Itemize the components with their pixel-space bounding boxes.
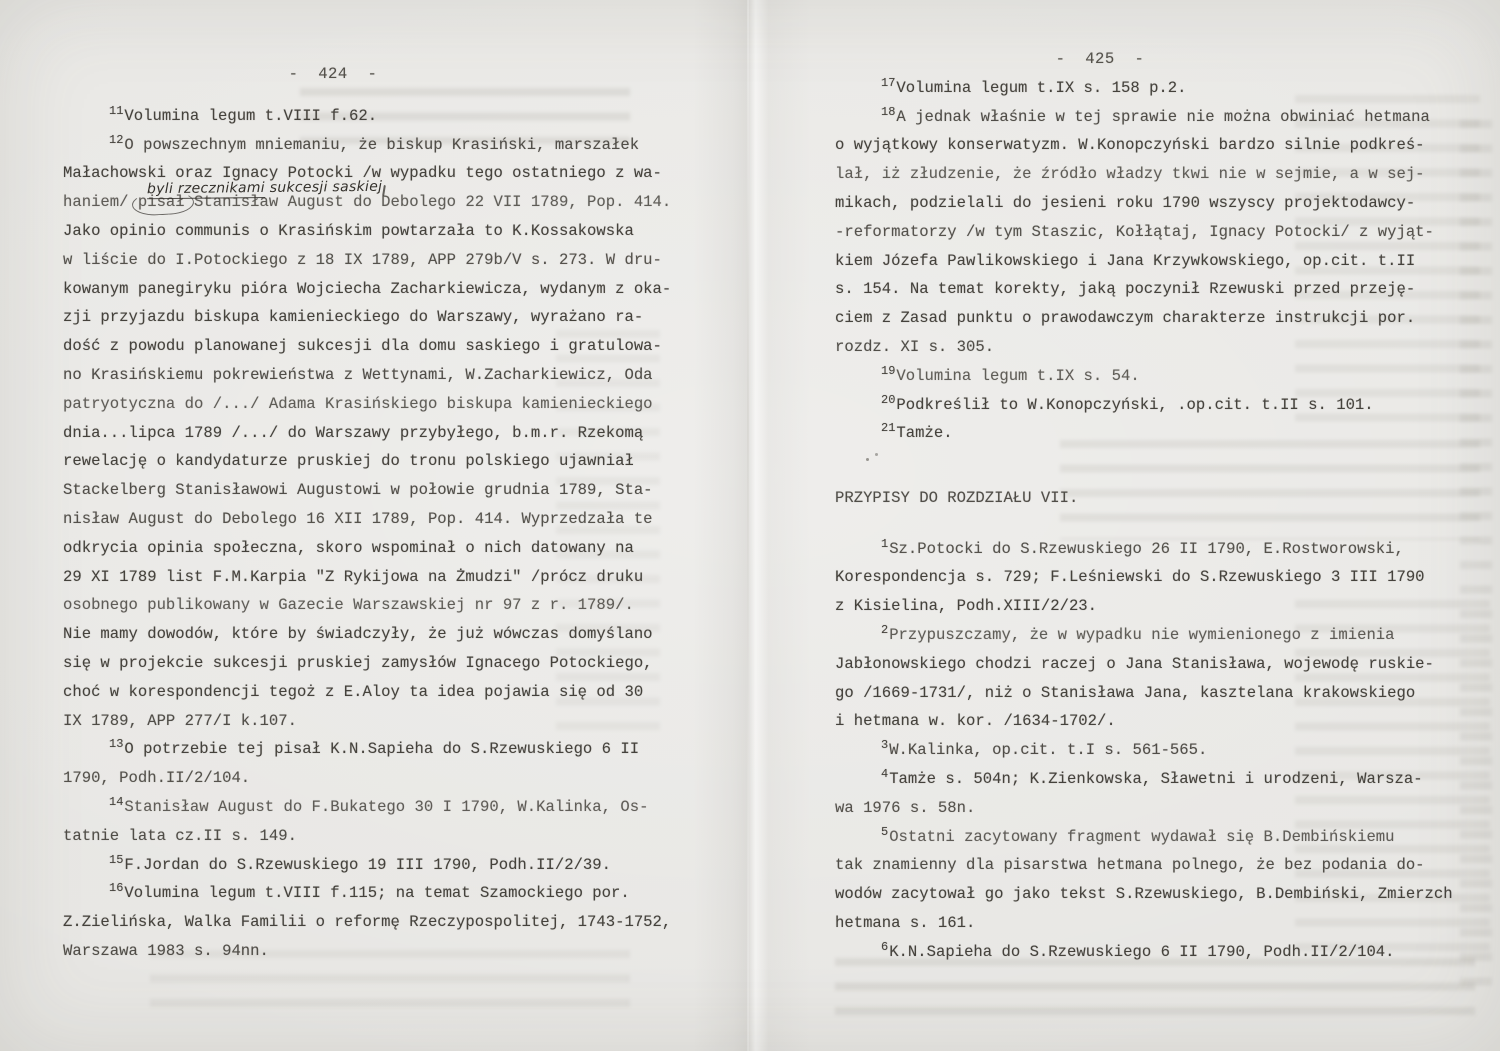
text-line: 3W.Kalinka, op.cit. t.I s. 561-565. xyxy=(835,736,1483,765)
section-heading: PRZYPISY DO ROZDZIAŁU VII. xyxy=(835,484,1483,513)
footnote-number: 14 xyxy=(109,788,123,817)
text-line: i hetmana w. kor. /1634-1702/. xyxy=(835,707,1483,736)
line-text: Podkreślił to W.Konopczyński, .op.cit. t… xyxy=(896,396,1373,414)
line-text: Volumina legum t.VIII f.62. xyxy=(124,107,377,125)
line-text: Z.Zielińska, Walka Familii o reformę Rze… xyxy=(63,913,671,931)
line-text: o wyjątkowy konserwatyzm. W.Konopczyński… xyxy=(835,136,1425,154)
text-line: dość z powodu planowanej sukcesji dla do… xyxy=(63,332,711,361)
line-text: choć w korespondencji tegoż z E.Aloy ta … xyxy=(63,683,643,701)
text-line: 14Stanisław August do F.Bukatego 30 I 17… xyxy=(63,793,711,822)
line-text: odkrycia opinia społeczna, skoro wspomin… xyxy=(63,539,634,557)
line-text: nisław August do Debolego 16 XII 1789, P… xyxy=(63,510,653,528)
text-line: 20Podkreślił to W.Konopczyński, .op.cit.… xyxy=(835,391,1483,420)
footnote-number: 12 xyxy=(109,126,123,155)
line-text: osobnego publikowany w Gazecie Warszawsk… xyxy=(63,596,634,614)
text-line: s. 154. Na temat korekty, jaką poczynił … xyxy=(835,275,1483,304)
text-line: się w projekcie sukcesji pruskiej zamysł… xyxy=(63,649,711,678)
line-text: z Kisielina, Podh.XIII/2/23. xyxy=(835,597,1097,615)
text-line: rozdz. XI s. 305. xyxy=(835,333,1483,362)
gutter-fold-line xyxy=(747,0,749,1051)
page-425: - 425 - 17Volumina legum t.IX s. 158 p.2… xyxy=(835,45,1483,967)
line-text: w liście do I.Potockiego z 18 IX 1789, A… xyxy=(63,251,662,269)
line-text: IX 1789, APP 277/I k.107. xyxy=(63,712,297,730)
text-line: zji przyjazdu biskupa kamienieckiego do … xyxy=(63,303,711,332)
line-text: lał, iż złudzenie, że źródło władzy tkwi… xyxy=(835,165,1425,183)
line-text: tak znamienny dla pisarstwa hetmana poln… xyxy=(835,856,1425,874)
line-text: Stackelberg Stanisławowi Augustowi w poł… xyxy=(63,481,653,499)
text-line: Z.Zielińska, Walka Familii o reformę Rze… xyxy=(63,908,711,937)
line-text: Stanisław August do F.Bukatego 30 I 1790… xyxy=(124,798,648,816)
footnote-number: 6 xyxy=(881,933,888,962)
line-text: O powszechnym mniemaniu, że biskup Krasi… xyxy=(124,136,639,154)
text-line: odkrycia opinia społeczna, skoro wspomin… xyxy=(63,534,711,563)
line-text: Volumina legum t.IX s. 158 p.2. xyxy=(896,79,1186,97)
text-line: kiem Józefa Pawlikowskiego i Jana Krzywk… xyxy=(835,247,1483,276)
footnote-number: 13 xyxy=(109,730,123,759)
text-line: 12O powszechnym mniemaniu, że biskup Kra… xyxy=(63,131,711,160)
text-line: ciem z Zasad punktu o prawodawczym chara… xyxy=(835,304,1483,333)
line-text: Przypuszczamy, że w wypadku nie wymienio… xyxy=(889,626,1394,644)
scanned-book-spread: - 424 - 11Volumina legum t.VIII f.62.12O… xyxy=(0,0,1500,1051)
line-text: wodów zacytował go jako tekst S.Rzewuski… xyxy=(835,885,1453,903)
line-text: K.N.Sapieha do S.Rzewuskiego 6 II 1790, … xyxy=(889,943,1394,961)
text-line: 19Volumina legum t.IX s. 54. xyxy=(835,362,1483,391)
line-text: zji przyjazdu biskupa kamienieckiego do … xyxy=(63,308,643,326)
line-text: Volumina legum t.IX s. 54. xyxy=(896,367,1139,385)
text-line: osobnego publikowany w Gazecie Warszawsk… xyxy=(63,591,711,620)
line-text: F.Jordan do S.Rzewuskiego 19 III 1790, P… xyxy=(124,856,611,874)
footnote-number: 15 xyxy=(109,846,123,875)
text-line: Nie mamy dowodów, które by świadczyły, ż… xyxy=(63,620,711,649)
text-line: 1Sz.Potocki do S.Rzewuskiego 26 II 1790,… xyxy=(835,535,1483,564)
text-line: 29 XI 1789 list F.M.Karpia "Z Rykijowa n… xyxy=(63,563,711,592)
footnote-number: 3 xyxy=(881,731,888,760)
footnote-number: 21 xyxy=(881,414,895,443)
text-line: kowanym panegiryku pióra Wojciecha Zacha… xyxy=(63,275,711,304)
text-line: Korespondencja s. 729; F.Leśniewski do S… xyxy=(835,563,1483,592)
text-line: 15F.Jordan do S.Rzewuskiego 19 III 1790,… xyxy=(63,851,711,880)
text-line: no Krasińskiemu pokrewieństwa z Wettynam… xyxy=(63,361,711,390)
page-number-left: - 424 - xyxy=(63,60,603,89)
bleed-through-mark xyxy=(835,958,1475,1028)
text-line: 4Tamże s. 504n; K.Zienkowska, Sławetni i… xyxy=(835,765,1483,794)
text-line: Warszawa 1983 s. 94nn. xyxy=(63,937,711,966)
line-text: wa 1976 s. 58n. xyxy=(835,799,975,817)
line-text: kiem Józefa Pawlikowskiego i Jana Krzywk… xyxy=(835,252,1415,270)
text-line: dnia...lipca 1789 /.../ do Warszawy przy… xyxy=(63,419,711,448)
line-text: kowanym panegiryku pióra Wojciecha Zacha… xyxy=(63,280,671,298)
line-text: rozdz. XI s. 305. xyxy=(835,338,994,356)
text-line: wa 1976 s. 58n. xyxy=(835,794,1483,823)
footnote-number: 16 xyxy=(109,874,123,903)
text-line: nisław August do Debolego 16 XII 1789, P… xyxy=(63,505,711,534)
text-line: 6K.N.Sapieha do S.Rzewuskiego 6 II 1790,… xyxy=(835,938,1483,967)
line-text: mikach, podzielali do jesieni roku 1790 … xyxy=(835,194,1415,212)
footnote-number: 20 xyxy=(881,386,895,415)
text-line: Jabłonowskiego chodzi raczej o Jana Stan… xyxy=(835,650,1483,679)
text-line: IX 1789, APP 277/I k.107. xyxy=(63,707,711,736)
handwritten-insertion-mark xyxy=(131,191,194,217)
text-line: 1790, Podh.II/2/104. xyxy=(63,764,711,793)
text-line: 13O potrzebie tej pisał K.N.Sapieha do S… xyxy=(63,735,711,764)
footnote-number: 2 xyxy=(881,616,888,645)
footnote-number: 17 xyxy=(881,69,895,98)
text-line: z Kisielina, Podh.XIII/2/23. xyxy=(835,592,1483,621)
text-line: 5Ostatni zacytowany fragment wydawał się… xyxy=(835,823,1483,852)
line-text: Jako opinio communis o Krasińskim powtar… xyxy=(63,222,634,240)
footnote-number: 1 xyxy=(881,530,888,559)
left-page-text: 11Volumina legum t.VIII f.62.12O powszec… xyxy=(63,102,711,966)
footnote-number: 5 xyxy=(881,818,888,847)
footnote-number: 18 xyxy=(881,98,895,127)
line-text: dość z powodu planowanej sukcesji dla do… xyxy=(63,337,662,355)
line-text: dnia...lipca 1789 /.../ do Warszawy przy… xyxy=(63,424,643,442)
line-text: i hetmana w. kor. /1634-1702/. xyxy=(835,712,1116,730)
line-text: ciem z Zasad punktu o prawodawczym chara… xyxy=(835,309,1415,327)
text-line: choć w korespondencji tegoż z E.Aloy ta … xyxy=(63,678,711,707)
line-text: Nie mamy dowodów, które by świadczyły, ż… xyxy=(63,625,653,643)
line-text: Ostatni zacytowany fragment wydawał się … xyxy=(889,828,1394,846)
line-text: patryotyczna do /.../ Adama Krasińskiego… xyxy=(63,395,653,413)
line-text: PRZYPISY DO ROZDZIAŁU VII. xyxy=(835,489,1078,507)
line-text: 29 XI 1789 list F.M.Karpia "Z Rykijowa n… xyxy=(63,568,643,586)
line-text: się w projekcie sukcesji pruskiej zamysł… xyxy=(63,654,653,672)
text-line: hetmana s. 161. xyxy=(835,909,1483,938)
page-424: - 424 - 11Volumina legum t.VIII f.62.12O… xyxy=(63,60,711,966)
line-text: tatnie lata cz.II s. 149. xyxy=(63,827,297,845)
line-text: 1790, Podh.II/2/104. xyxy=(63,769,250,787)
text-line: tatnie lata cz.II s. 149. xyxy=(63,822,711,851)
line-text: Korespondencja s. 729; F.Leśniewski do S… xyxy=(835,568,1425,586)
line-text: Tamże s. 504n; K.Zienkowska, Sławetni i … xyxy=(889,770,1422,788)
text-line: -reformatorzy /w tym Staszic, Kołłątaj, … xyxy=(835,218,1483,247)
line-text: no Krasińskiemu pokrewieństwa z Wettynam… xyxy=(63,366,653,384)
text-line: mikach, podzielali do jesieni roku 1790 … xyxy=(835,189,1483,218)
line-text: Sz.Potocki do S.Rzewuskiego 26 II 1790, … xyxy=(889,540,1404,558)
page-number-right: - 425 - xyxy=(835,45,1365,74)
line-text: -reformatorzy /w tym Staszic, Kołłątaj, … xyxy=(835,223,1434,241)
text-line: patryotyczna do /.../ Adama Krasińskiego… xyxy=(63,390,711,419)
text-line: 18A jednak właśnie w tej sprawie nie moż… xyxy=(835,103,1483,132)
text-line: 21Tamże. xyxy=(835,419,1483,448)
text-line: 17Volumina legum t.IX s. 158 p.2. xyxy=(835,74,1483,103)
line-text: hetmana s. 161. xyxy=(835,914,975,932)
line-text: O potrzebie tej pisał K.N.Sapieha do S.R… xyxy=(124,740,639,758)
text-line: Jako opinio communis o Krasińskim powtar… xyxy=(63,217,711,246)
line-text: Warszawa 1983 s. 94nn. xyxy=(63,942,269,960)
footnote-number: 19 xyxy=(881,357,895,386)
line-text: W.Kalinka, op.cit. t.I s. 561-565. xyxy=(889,741,1207,759)
text-line: 2Przypuszczamy, że w wypadku nie wymieni… xyxy=(835,621,1483,650)
text-line: go /1669-1731/, niż o Stanisława Jana, k… xyxy=(835,679,1483,708)
text-line: wodów zacytował go jako tekst S.Rzewuski… xyxy=(835,880,1483,909)
line-text: Jabłonowskiego chodzi raczej o Jana Stan… xyxy=(835,655,1434,673)
line-text: Tamże. xyxy=(896,424,952,442)
text-line: lał, iż złudzenie, że źródło władzy tkwi… xyxy=(835,160,1483,189)
line-text: rewelację o kandydaturze pruskiej do tro… xyxy=(63,452,634,470)
line-text: s. 154. Na temat korekty, jaką poczynił … xyxy=(835,280,1415,298)
text-line: w liście do I.Potockiego z 18 IX 1789, A… xyxy=(63,246,711,275)
line-text: go /1669-1731/, niż o Stanisława Jana, k… xyxy=(835,684,1415,702)
text-line: Stackelberg Stanisławowi Augustowi w poł… xyxy=(63,476,711,505)
line-text: Volumina legum t.VIII f.115; na temat Sz… xyxy=(124,884,629,902)
right-page-text: 17Volumina legum t.IX s. 158 p.2.18A jed… xyxy=(835,74,1483,967)
text-line: rewelację o kandydaturze pruskiej do tro… xyxy=(63,447,711,476)
text-line: 11Volumina legum t.VIII f.62. xyxy=(63,102,711,131)
text-line: 16Volumina legum t.VIII f.115; na temat … xyxy=(63,879,711,908)
text-line: haniem/ pisał Stanisław August do Debole… xyxy=(63,188,711,217)
footnote-number: 11 xyxy=(109,97,123,126)
text-line: tak znamienny dla pisarstwa hetmana poln… xyxy=(835,851,1483,880)
footnote-number: 4 xyxy=(881,760,888,789)
line-text: A jednak właśnie w tej sprawie nie można… xyxy=(896,108,1429,126)
text-line: o wyjątkowy konserwatyzm. W.Konopczyński… xyxy=(835,131,1483,160)
